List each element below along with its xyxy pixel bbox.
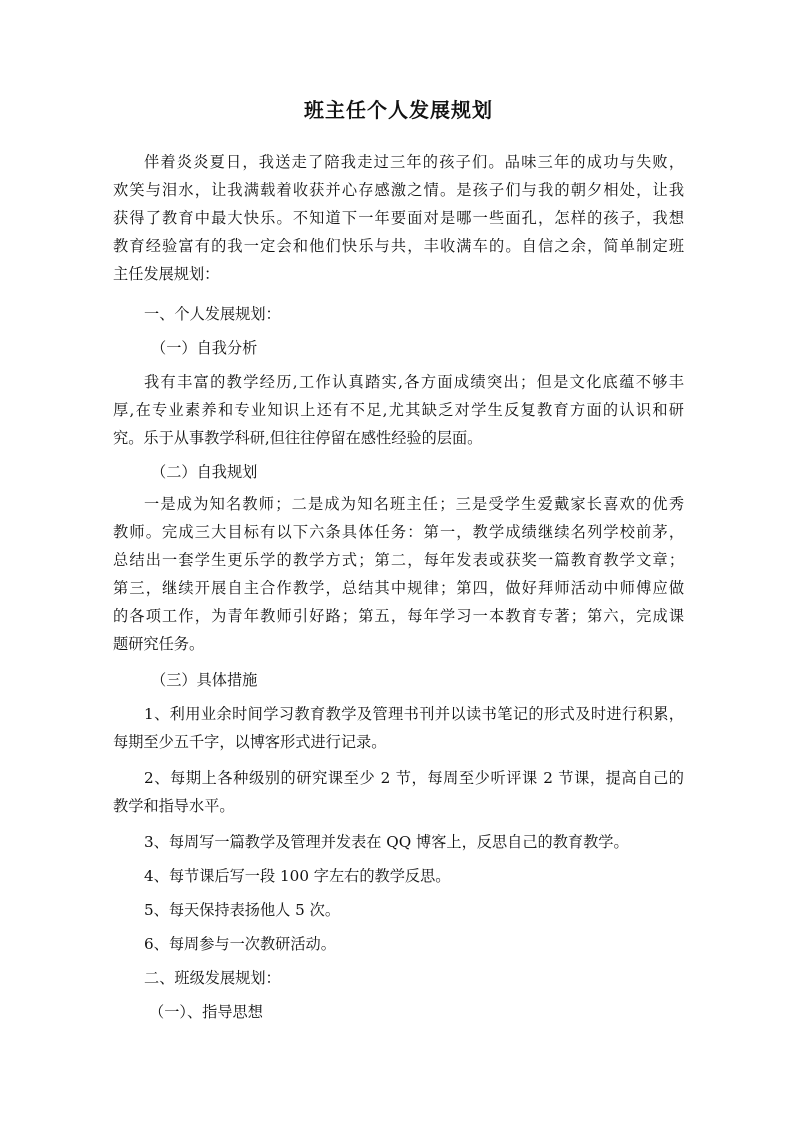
document-title: 班主任个人发展规划 — [113, 96, 684, 124]
plan-line-1: 一是成为知名教师；二是成为知名班主任；三是受学生爱戴家长喜欢的优秀 — [144, 494, 684, 514]
measure-1-line-1: 1、利用业余时间学习教育教学及管理书刊并以读书笔记的形式及时进行积累， — [144, 704, 684, 724]
analysis-line-1: 我有丰富的教学经历,工作认真踏实,各方面成绩突出；但是文化底蕴不够丰 — [144, 372, 684, 392]
plan-line-6: 题研究任务。 — [113, 634, 204, 654]
plan-line-4: 第三，继续开展自主合作教学，总结其中规律；第四，做好拜师活动中师傅应做 — [113, 578, 684, 598]
intro-line-4: 教育经验富有的我一定会和他们快乐与共，丰收满车的。自信之余，简单制定班 — [113, 236, 684, 256]
measure-1-line-2: 每期至少五千字，以博客形式进行记录。 — [113, 732, 386, 752]
intro-line-2: 欢笑与泪水，让我满载着收获并心存感激之情。是孩子们与我的朝夕相处，让我 — [113, 180, 684, 200]
subsection-heading-self-plan: （二）自我规划 — [151, 462, 257, 482]
measure-4: 4、每节课后写一段 100 字左右的教学反思。 — [144, 866, 451, 886]
measure-3: 3、每周写一篇教学及管理并发表在 QQ 博客上，反思自己的教育教学。 — [144, 832, 629, 852]
intro-line-1: 伴着炎炎夏日，我送走了陪我走过三年的孩子们。品味三年的成功与失败， — [144, 152, 684, 172]
measure-5: 5、每天保持表扬他人 5 次。 — [144, 900, 340, 920]
subsection-heading-self-analysis: （一）自我分析 — [151, 338, 257, 358]
analysis-line-2: 厚,在专业素养和专业知识上还有不足,尤其缺乏对学生反复教育方面的认识和研 — [113, 400, 684, 420]
plan-line-5: 的各项工作，为青年教师引好路；第五，每年学习一本教育专著；第六，完成课 — [113, 606, 684, 626]
measure-2-line-2: 教学和指导水平。 — [113, 796, 235, 816]
plan-line-2: 教师。完成三大目标有以下六条具体任务：第一，教学成绩继续名列学校前茅， — [113, 522, 684, 542]
intro-line-5: 主任发展规划： — [113, 264, 219, 284]
analysis-line-3: 究。乐于从事教学科研,但往往停留在感性经验的层面。 — [113, 428, 482, 448]
measure-2-line-1: 2、每期上各种级别的研究课至少 2 节，每周至少听评课 2 节课，提高自己的 — [144, 768, 684, 788]
plan-line-3: 总结出一套学生更乐学的教学方式；第二，每年发表或获奖一篇教育教学文章； — [113, 550, 684, 570]
subsection-heading-guiding-thought: （一）、指导思想 — [149, 1002, 263, 1022]
section-heading-1: 一、个人发展规划： — [144, 304, 281, 324]
measure-6: 6、每周参与一次教研活动。 — [144, 934, 336, 954]
section-heading-2: 二、班级发展规划： — [144, 968, 281, 988]
subsection-heading-measures: （三）具体措施 — [151, 670, 257, 690]
intro-line-3: 获得了教育中最大快乐。不知道下一年要面对是哪一些面孔，怎样的孩子，我想 — [113, 208, 684, 228]
